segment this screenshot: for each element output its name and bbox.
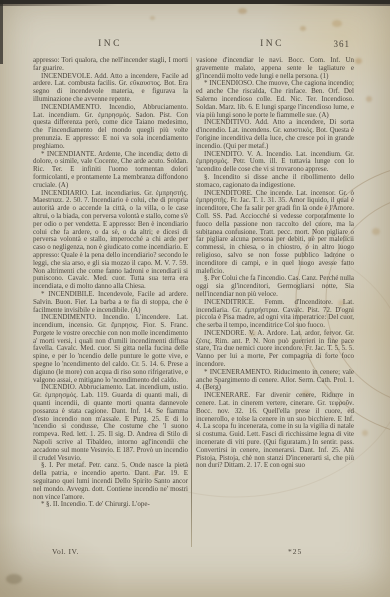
scan-edge-left [0,0,3,64]
column-rule [191,57,192,547]
dictionary-paragraph: INCENDIARIO. Lat. incendiarius. Gr. ἐμπρ… [33,190,188,291]
dictionary-paragraph: §. Incendito si disse anche il ribollime… [196,174,354,190]
dictionary-paragraph: vasione d'incendiar le navi. Bocc. Com. … [196,57,354,80]
dictionary-paragraph: appresso: Tori qualora, che nell'incende… [33,57,188,73]
running-title-right: INC [240,39,304,49]
dictionary-paragraph: INCENDIMENTO. Incendio. L'incendere. Lat… [33,314,188,384]
dictionary-paragraph: INCENDITRICE. Femm. d'Incenditore. Lat. … [196,299,354,330]
dictionary-paragraph: * INCENERAMENTO. Riducimento in cenere; … [196,369,354,392]
dictionary-paragraph: * INCENDIANTE. Ardente, Che incendia; de… [33,151,188,190]
signature-mark: *25 [288,547,302,556]
dictionary-paragraph: * INCENDIBILE. Incendevole, Facile ad ar… [33,291,188,314]
dictionary-paragraph: INCENDIAMENTO. Incendio, Abbruciamento. … [33,104,188,151]
dictionary-paragraph: * INCENDIOSO. Che muove, Che cagiona inc… [196,80,354,119]
dictionary-paragraph: §. I. Per metaf. Petr. canz. 5. Onde nas… [33,462,188,501]
dictionary-column-right: vasione d'incendiar le navi. Bocc. Com. … [196,57,354,547]
text-columns: appresso: Tori qualora, che nell'incende… [33,57,355,547]
dictionary-paragraph: INCENDITIVO. Add. Atto a incendere, Di s… [196,119,354,150]
dictionary-paragraph: INCENDIO. Abbruciamento. Lat. incendium,… [33,384,188,462]
dictionary-paragraph: INCENDORE. V. A. Ardore. Lat. ardor, fer… [196,330,354,369]
page-number: 361 [322,39,350,49]
scan-edge-top [0,0,390,4]
dictionary-paragraph: INCENERARE. Far divenir cenere, Ridurre … [196,392,354,470]
dictionary-column-left: appresso: Tori qualora, che nell'incende… [33,57,188,547]
running-title-left: INC [78,39,142,49]
dictionary-paragraph: INCENDITO. V. A. Incendio. Lat. incendiu… [196,151,354,174]
dictionary-paragraph: * §. II. Incendio. T. de' Chirurgi. L'op… [33,501,188,509]
dictionary-paragraph: INCENDEVOLE. Add. Atto a incendere, Faci… [33,73,188,104]
scanned-book-page: INC INC 361 appresso: Tori qualora, che … [0,0,390,597]
volume-label: Vol. IV. [52,547,79,556]
page-footer: Vol. IV. *25 [0,547,390,559]
dictionary-paragraph: INCENDITORE. Che incende. Lat. incensor.… [196,190,354,276]
running-head: INC INC 361 [0,39,390,53]
dictionary-paragraph: §. Per Colui che fa l'incendio. Cas. Can… [196,275,354,298]
